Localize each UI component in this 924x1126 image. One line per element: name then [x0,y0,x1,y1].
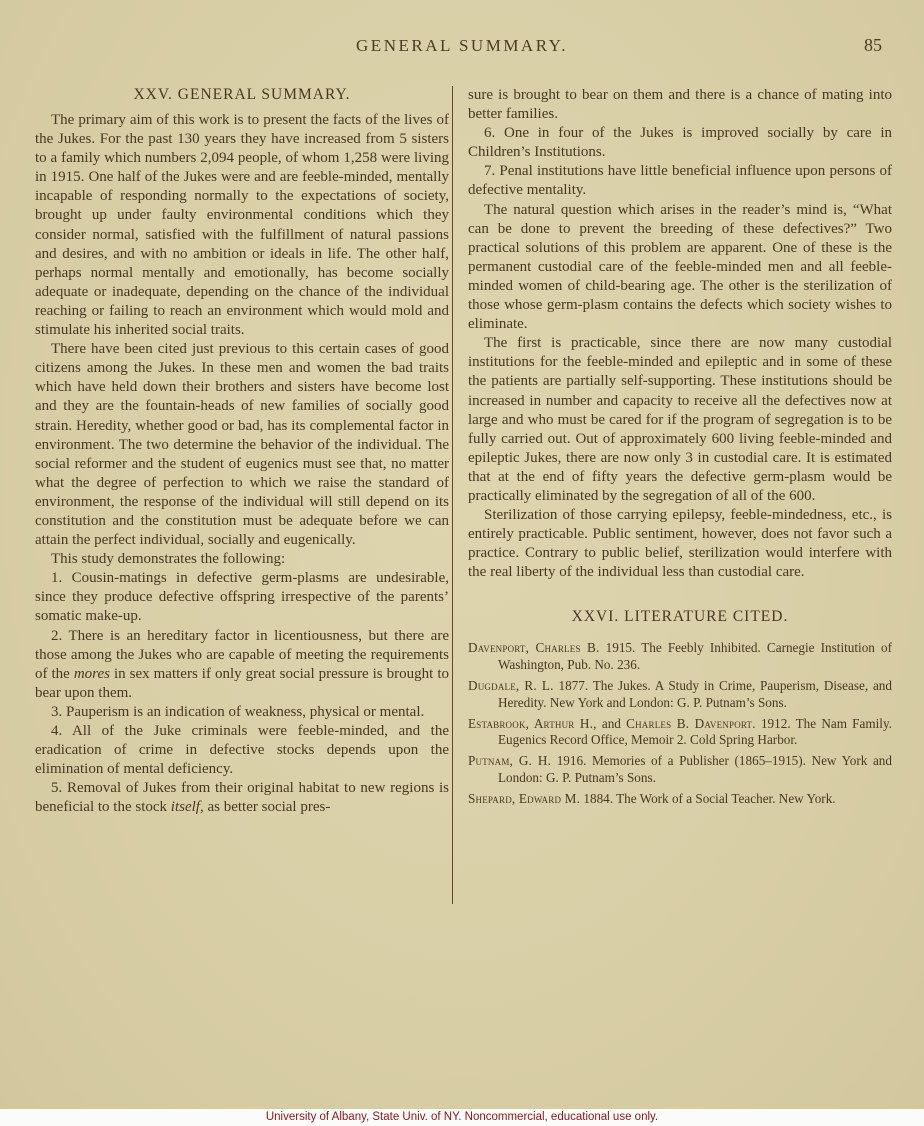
text-run: Sterilization of those carrying epilepsy… [468,507,892,580]
text-run: 4. All of the Juke criminals were feeble… [35,723,449,777]
library-notice-bar: University of Albany, State Univ. of NY.… [0,1109,924,1126]
reference: Estabrook, Arthur H., and Charles B. Dav… [468,716,892,750]
text-run: 1877. The Jukes. A Study in Crime, Paupe… [498,678,892,710]
paragraph: This study demonstrates the following: [35,550,449,569]
text-run: 1. Cousin-matings in defective germ-plas… [35,570,449,624]
paragraph: 7. Penal institutions have little benefi… [468,162,892,200]
text-run: Shepard, Edward M. [468,791,580,806]
text-run: 7. Penal institutions have little benefi… [468,163,892,198]
scanned-book-page: GENERAL SUMMARY. 85 XXV. GENERAL SUMMARY… [0,0,924,1126]
text-run: 6. One in four of the Jukes is improved … [468,125,892,160]
paragraph: There have been cited just previous to t… [35,340,449,550]
text-run: The natural question which arises in the… [468,202,892,333]
paragraph: The primary aim of this work is to prese… [35,111,449,340]
text-run: 1916. Memories of a Publisher (1865–1915… [498,753,892,785]
paragraph: 3. Pauperism is an indication of weaknes… [35,703,449,722]
paragraph: 2. There is an hereditary factor in lice… [35,627,449,703]
text-run: The first is practicable, since there ar… [468,335,892,504]
text-run: There have been cited just previous to t… [35,341,449,548]
text-run: Estabrook, Arthur H., [468,716,597,731]
column-divider-rule [452,86,453,904]
text-run: Charles B. Davenport. [626,716,756,731]
paragraph: The natural question which arises in the… [468,201,892,335]
reference: Shepard, Edward M. 1884. The Work of a S… [468,791,892,808]
reference: Dugdale, R. L. 1877. The Jukes. A Study … [468,678,892,712]
paragraph: The first is practicable, since there ar… [468,334,892,506]
section-heading-literature-cited: XXVI. LITERATURE CITED. [468,608,892,626]
text-run: mores [74,666,110,682]
left-column-body: The primary aim of this work is to prese… [35,111,449,817]
text-run: sure is brought to bear on them and ther… [468,87,892,122]
text-run: and [597,716,626,731]
references-list: Davenport, Charles B. 1915. The Feebly I… [468,640,892,807]
footer-notice: University of Albany, State Univ. of NY.… [0,1109,924,1126]
text-run: Putnam, G. H. [468,753,551,768]
text-run: , as better social pres- [200,799,330,815]
paragraph: sure is brought to bear on them and ther… [468,86,892,124]
paragraph: 4. All of the Juke criminals were feeble… [35,722,449,779]
section-heading-general-summary: XXV. GENERAL SUMMARY. [35,86,449,104]
text-run: itself [171,799,200,815]
reference: Putnam, G. H. 1916. Memories of a Publis… [468,753,892,787]
text-run: Davenport, Charles B. [468,640,600,655]
paragraph: 5. Removal of Jukes from their original … [35,779,449,817]
right-column-body: sure is brought to bear on them and ther… [468,86,892,582]
text-run: This study demonstrates the following: [51,551,285,567]
page-number: 85 [864,35,882,56]
text-run: 1884. The Work of a Social Teacher. New … [580,791,836,806]
text-run: 3. Pauperism is an indication of weaknes… [51,704,424,720]
paragraph: 1. Cousin-matings in defective germ-plas… [35,569,449,626]
paragraph: 6. One in four of the Jukes is improved … [468,124,892,162]
text-run: The primary aim of this work is to prese… [35,112,449,338]
text-run: Dugdale, R. L. [468,678,554,693]
right-column: sure is brought to bear on them and ther… [468,86,892,812]
paragraph: Sterilization of those carrying epilepsy… [468,506,892,582]
left-column: XXV. GENERAL SUMMARY. The primary aim of… [35,86,449,817]
reference: Davenport, Charles B. 1915. The Feebly I… [468,640,892,674]
running-header: GENERAL SUMMARY. [0,36,924,56]
